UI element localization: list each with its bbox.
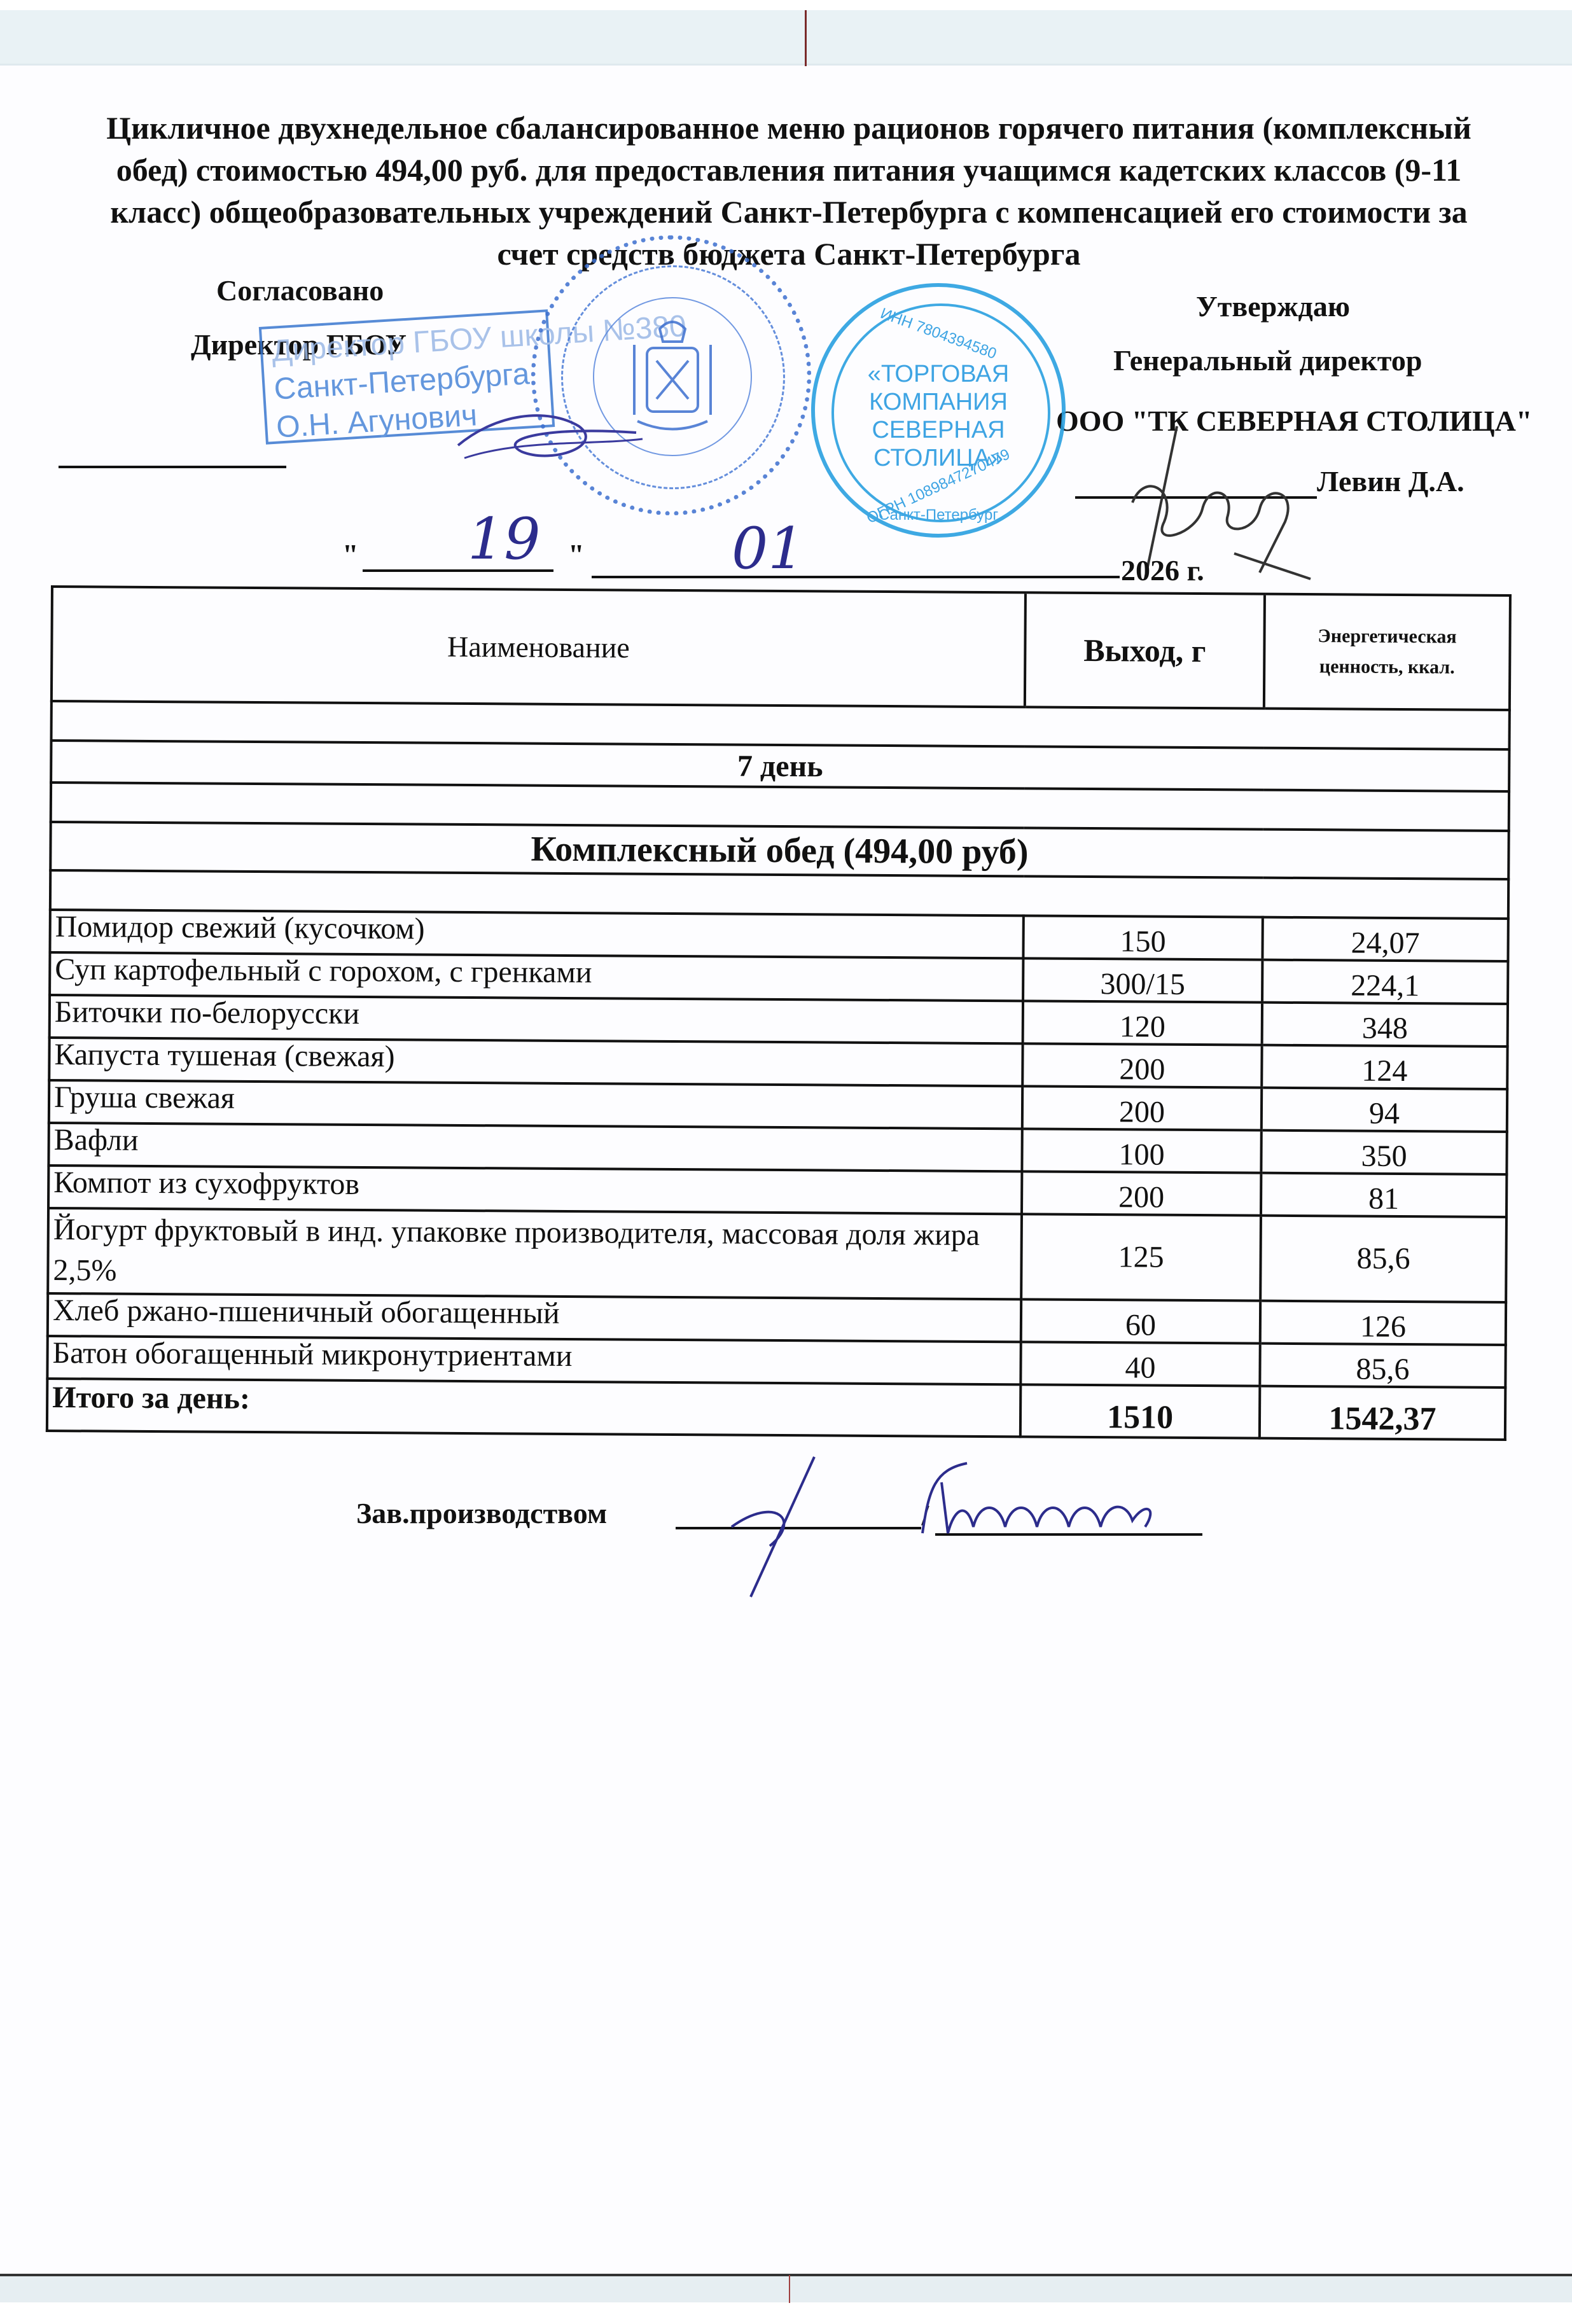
header-name: Наименование (52, 587, 1026, 707)
header-yield: Выход, г (1025, 592, 1265, 708)
company-round-stamp: ИНН 7804394580 «ТОРГОВАЯ КОМПАНИЯ СЕВЕРН… (811, 283, 1066, 538)
dish-yield: 40 (1020, 1342, 1260, 1386)
meal-label: Комплексный обед (494,00 руб) (50, 822, 1508, 879)
dish-yield: 125 (1021, 1214, 1261, 1300)
date-day: 19 (468, 506, 541, 573)
dish-yield: 300/15 (1023, 958, 1262, 1002)
table-header-row: Наименование Выход, г Энергетическаяценн… (52, 587, 1510, 710)
dish-name: Хлеб ржано-пшеничный обогащенный (48, 1293, 1021, 1342)
school-round-stamp (531, 235, 811, 515)
fold-line (805, 10, 807, 66)
dish-name: Компот из сухофруктов (48, 1165, 1022, 1214)
dish-yield: 100 (1022, 1129, 1261, 1172)
date-quote-open: " (342, 538, 359, 571)
date-month: 01 (732, 515, 805, 582)
dish-yield: 60 (1021, 1299, 1260, 1343)
dish-name: Капуста тушеная (свежая) (49, 1038, 1022, 1086)
table-row: Йогурт фруктовый в инд. упаковке произво… (48, 1208, 1506, 1302)
meal-row: Комплексный обед (494,00 руб) (50, 822, 1508, 879)
header-energy: Энергетическаяценность, ккал. (1264, 594, 1510, 710)
date-month-line (592, 576, 1120, 578)
production-manager-label: Зав.производством (356, 1496, 607, 1530)
dish-name: Биточки по-белорусски (50, 995, 1023, 1043)
document-title: Цикличное двухнедельное сбалансированное… (76, 107, 1501, 275)
dish-yield: 200 (1022, 1171, 1261, 1215)
page-margin-bottom (0, 2302, 1572, 2324)
dish-energy: 224,1 (1262, 960, 1508, 1004)
total-yield: 1510 (1020, 1384, 1260, 1438)
total-label: Итого за день: (47, 1379, 1020, 1437)
dish-energy: 85,6 (1260, 1216, 1506, 1302)
date-year: 2026 г. (1121, 553, 1204, 587)
date-quote-close: " (568, 538, 585, 571)
dish-energy: 124 (1262, 1045, 1507, 1089)
scanner-edge-bottom (0, 2274, 1572, 2305)
scanner-edge-top (0, 0, 1572, 66)
dish-name: Батон обогащенный микронутриентами (47, 1336, 1020, 1384)
dish-energy: 348 (1262, 1003, 1508, 1047)
general-director-position: Генеральный директор (1113, 344, 1422, 377)
dish-name: Груша свежая (49, 1080, 1022, 1129)
total-row: Итого за день: 1510 1542,37 (47, 1379, 1505, 1440)
dish-energy: 126 (1260, 1301, 1506, 1345)
total-energy: 1542,37 (1260, 1386, 1505, 1440)
dish-name: Йогурт фруктовый в инд. упаковке произво… (48, 1208, 1022, 1299)
director-signature-line (59, 466, 286, 468)
dish-energy: 94 (1262, 1088, 1507, 1132)
agreed-heading: Согласовано (216, 274, 384, 307)
dish-yield: 200 (1022, 1043, 1262, 1087)
dish-name: Вафли (48, 1123, 1022, 1171)
dish-name: Суп картофельный с горохом, с гренками (50, 952, 1023, 1001)
dish-energy: 350 (1261, 1131, 1506, 1174)
approved-heading: Утверждаю (1196, 289, 1350, 323)
dish-yield: 150 (1023, 915, 1262, 959)
dish-yield: 200 (1022, 1086, 1262, 1130)
dish-name: Помидор свежий (кусочком) (50, 910, 1023, 958)
dish-energy: 24,07 (1262, 917, 1508, 961)
stamp-city: Санкт-Петербург (815, 506, 1062, 524)
menu-table: Наименование Выход, г Энергетическаяценн… (46, 585, 1512, 1441)
production-manager-signature-icon (700, 1451, 1272, 1603)
dish-energy: 81 (1261, 1173, 1506, 1217)
dish-yield: 120 (1023, 1001, 1262, 1045)
director-signature-icon (445, 401, 649, 471)
fold-line (789, 2275, 790, 2303)
dish-energy: 85,6 (1260, 1344, 1505, 1388)
